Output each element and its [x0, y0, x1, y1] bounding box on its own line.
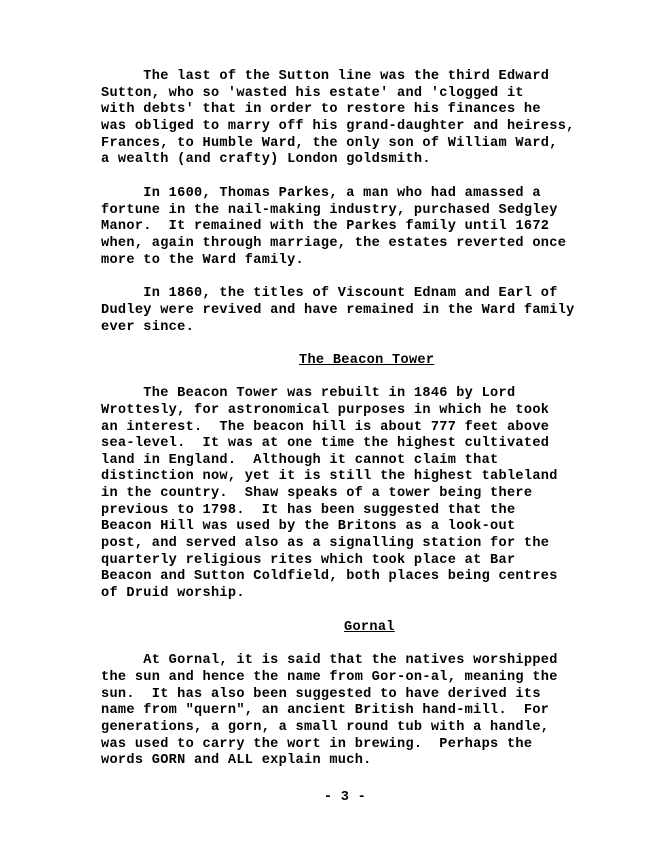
text-line: words GORN and ALL explain much.: [101, 753, 372, 770]
text-line: more to the Ward family.: [101, 253, 304, 270]
text-line: Frances, to Humble Ward, the only son of…: [101, 136, 558, 153]
text-line: distinction now, yet it is still the hig…: [101, 469, 558, 486]
text-line: when, again through marriage, the estate…: [101, 236, 566, 253]
text-line: in the country. Shaw speaks of a tower b…: [101, 486, 532, 503]
text-line: the sun and hence the name from Gor-on-a…: [101, 670, 558, 687]
text-line: post, and served also as a signalling st…: [101, 536, 549, 553]
text-line: Beacon Hill was used by the Britons as a…: [101, 519, 515, 536]
text-line: The last of the Sutton line was the thir…: [101, 69, 549, 86]
section-heading: Gornal: [344, 620, 395, 637]
text-line: land in England. Although it cannot clai…: [101, 453, 499, 470]
text-line: with debts' that in order to restore his…: [101, 102, 541, 119]
text-line: of Druid worship.: [101, 586, 245, 603]
text-line: Beacon and Sutton Coldfield, both places…: [101, 569, 558, 586]
page-number: - 3 -: [0, 790, 650, 806]
text-line: The Beacon Tower was rebuilt in 1846 by …: [101, 386, 515, 403]
text-line: name from "quern", an ancient British ha…: [101, 703, 549, 720]
text-line: In 1600, Thomas Parkes, a man who had am…: [101, 186, 541, 203]
text-line: fortune in the nail-making industry, pur…: [101, 203, 558, 220]
text-line: a wealth (and crafty) London goldsmith.: [101, 152, 431, 169]
text-line: At Gornal, it is said that the natives w…: [101, 653, 558, 670]
text-line: sea-level. It was at one time the highes…: [101, 436, 549, 453]
text-line: was obliged to marry off his grand-daugh…: [101, 119, 575, 136]
text-line: Manor. It remained with the Parkes famil…: [101, 219, 549, 236]
text-line: generations, a gorn, a small round tub w…: [101, 720, 549, 737]
text-line: Dudley were revived and have remained in…: [101, 303, 575, 320]
text-line: ever since.: [101, 320, 194, 337]
text-line: Wrottesly, for astronomical purposes in …: [101, 403, 549, 420]
text-line: an interest. The beacon hill is about 77…: [101, 420, 549, 437]
text-line: sun. It has also been suggested to have …: [101, 687, 541, 704]
text-line: Sutton, who so 'wasted his estate' and '…: [101, 86, 524, 103]
text-line: was used to carry the wort in brewing. P…: [101, 737, 532, 754]
document-page: The last of the Sutton line was the thir…: [0, 0, 650, 860]
text-line: quarterly religious rites which took pla…: [101, 553, 515, 570]
text-line: previous to 1798. It has been suggested …: [101, 503, 515, 520]
section-heading: The Beacon Tower: [299, 353, 434, 370]
text-line: In 1860, the titles of Viscount Ednam an…: [101, 286, 558, 303]
